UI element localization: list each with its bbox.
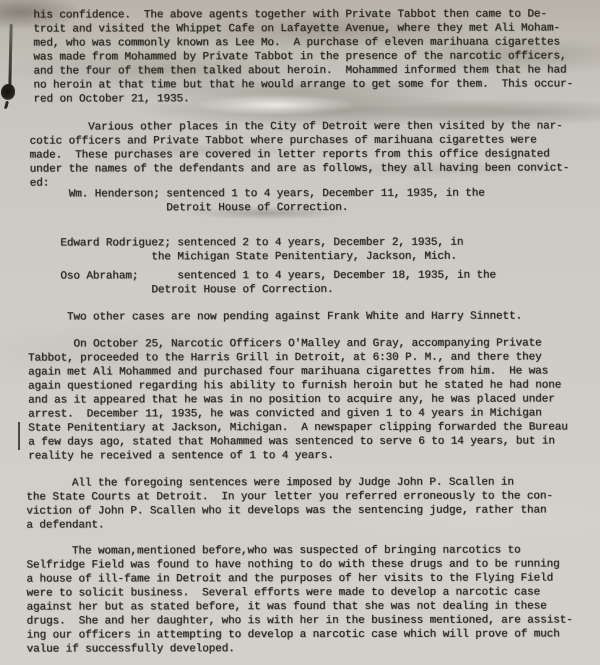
- document-page: his confidence. The above agents togethe…: [0, 0, 600, 665]
- typewritten-text-layer: his confidence. The above agents togethe…: [0, 0, 600, 665]
- paragraph-intro-continuation: his confidence. The above agents togethe…: [33, 7, 573, 106]
- sentence-entry-rodriguez: Edward Rodriguez; sentenced 2 to 4 years…: [28, 236, 464, 265]
- paragraph-detroit-visits: Various other places in the City of Detr…: [30, 119, 570, 190]
- sentence-entry-abraham: Oso Abraham; sentenced 1 to 4 years, Dec…: [28, 269, 496, 298]
- paragraph-pending-cases: Two other cases are now pending against …: [28, 310, 522, 325]
- sentence-entry-henderson: Wm. Henderson; sentenced 1 to 4 years, D…: [30, 187, 485, 216]
- paragraph-selfridge-woman: The woman,mentioned before,who was suspe…: [26, 543, 572, 656]
- paragraph-judge-scallen: All the foregoing sentences were imposed…: [26, 475, 553, 532]
- paragraph-october-25-arrest: On October 25, Narcotic Officers O'Malle…: [28, 336, 568, 463]
